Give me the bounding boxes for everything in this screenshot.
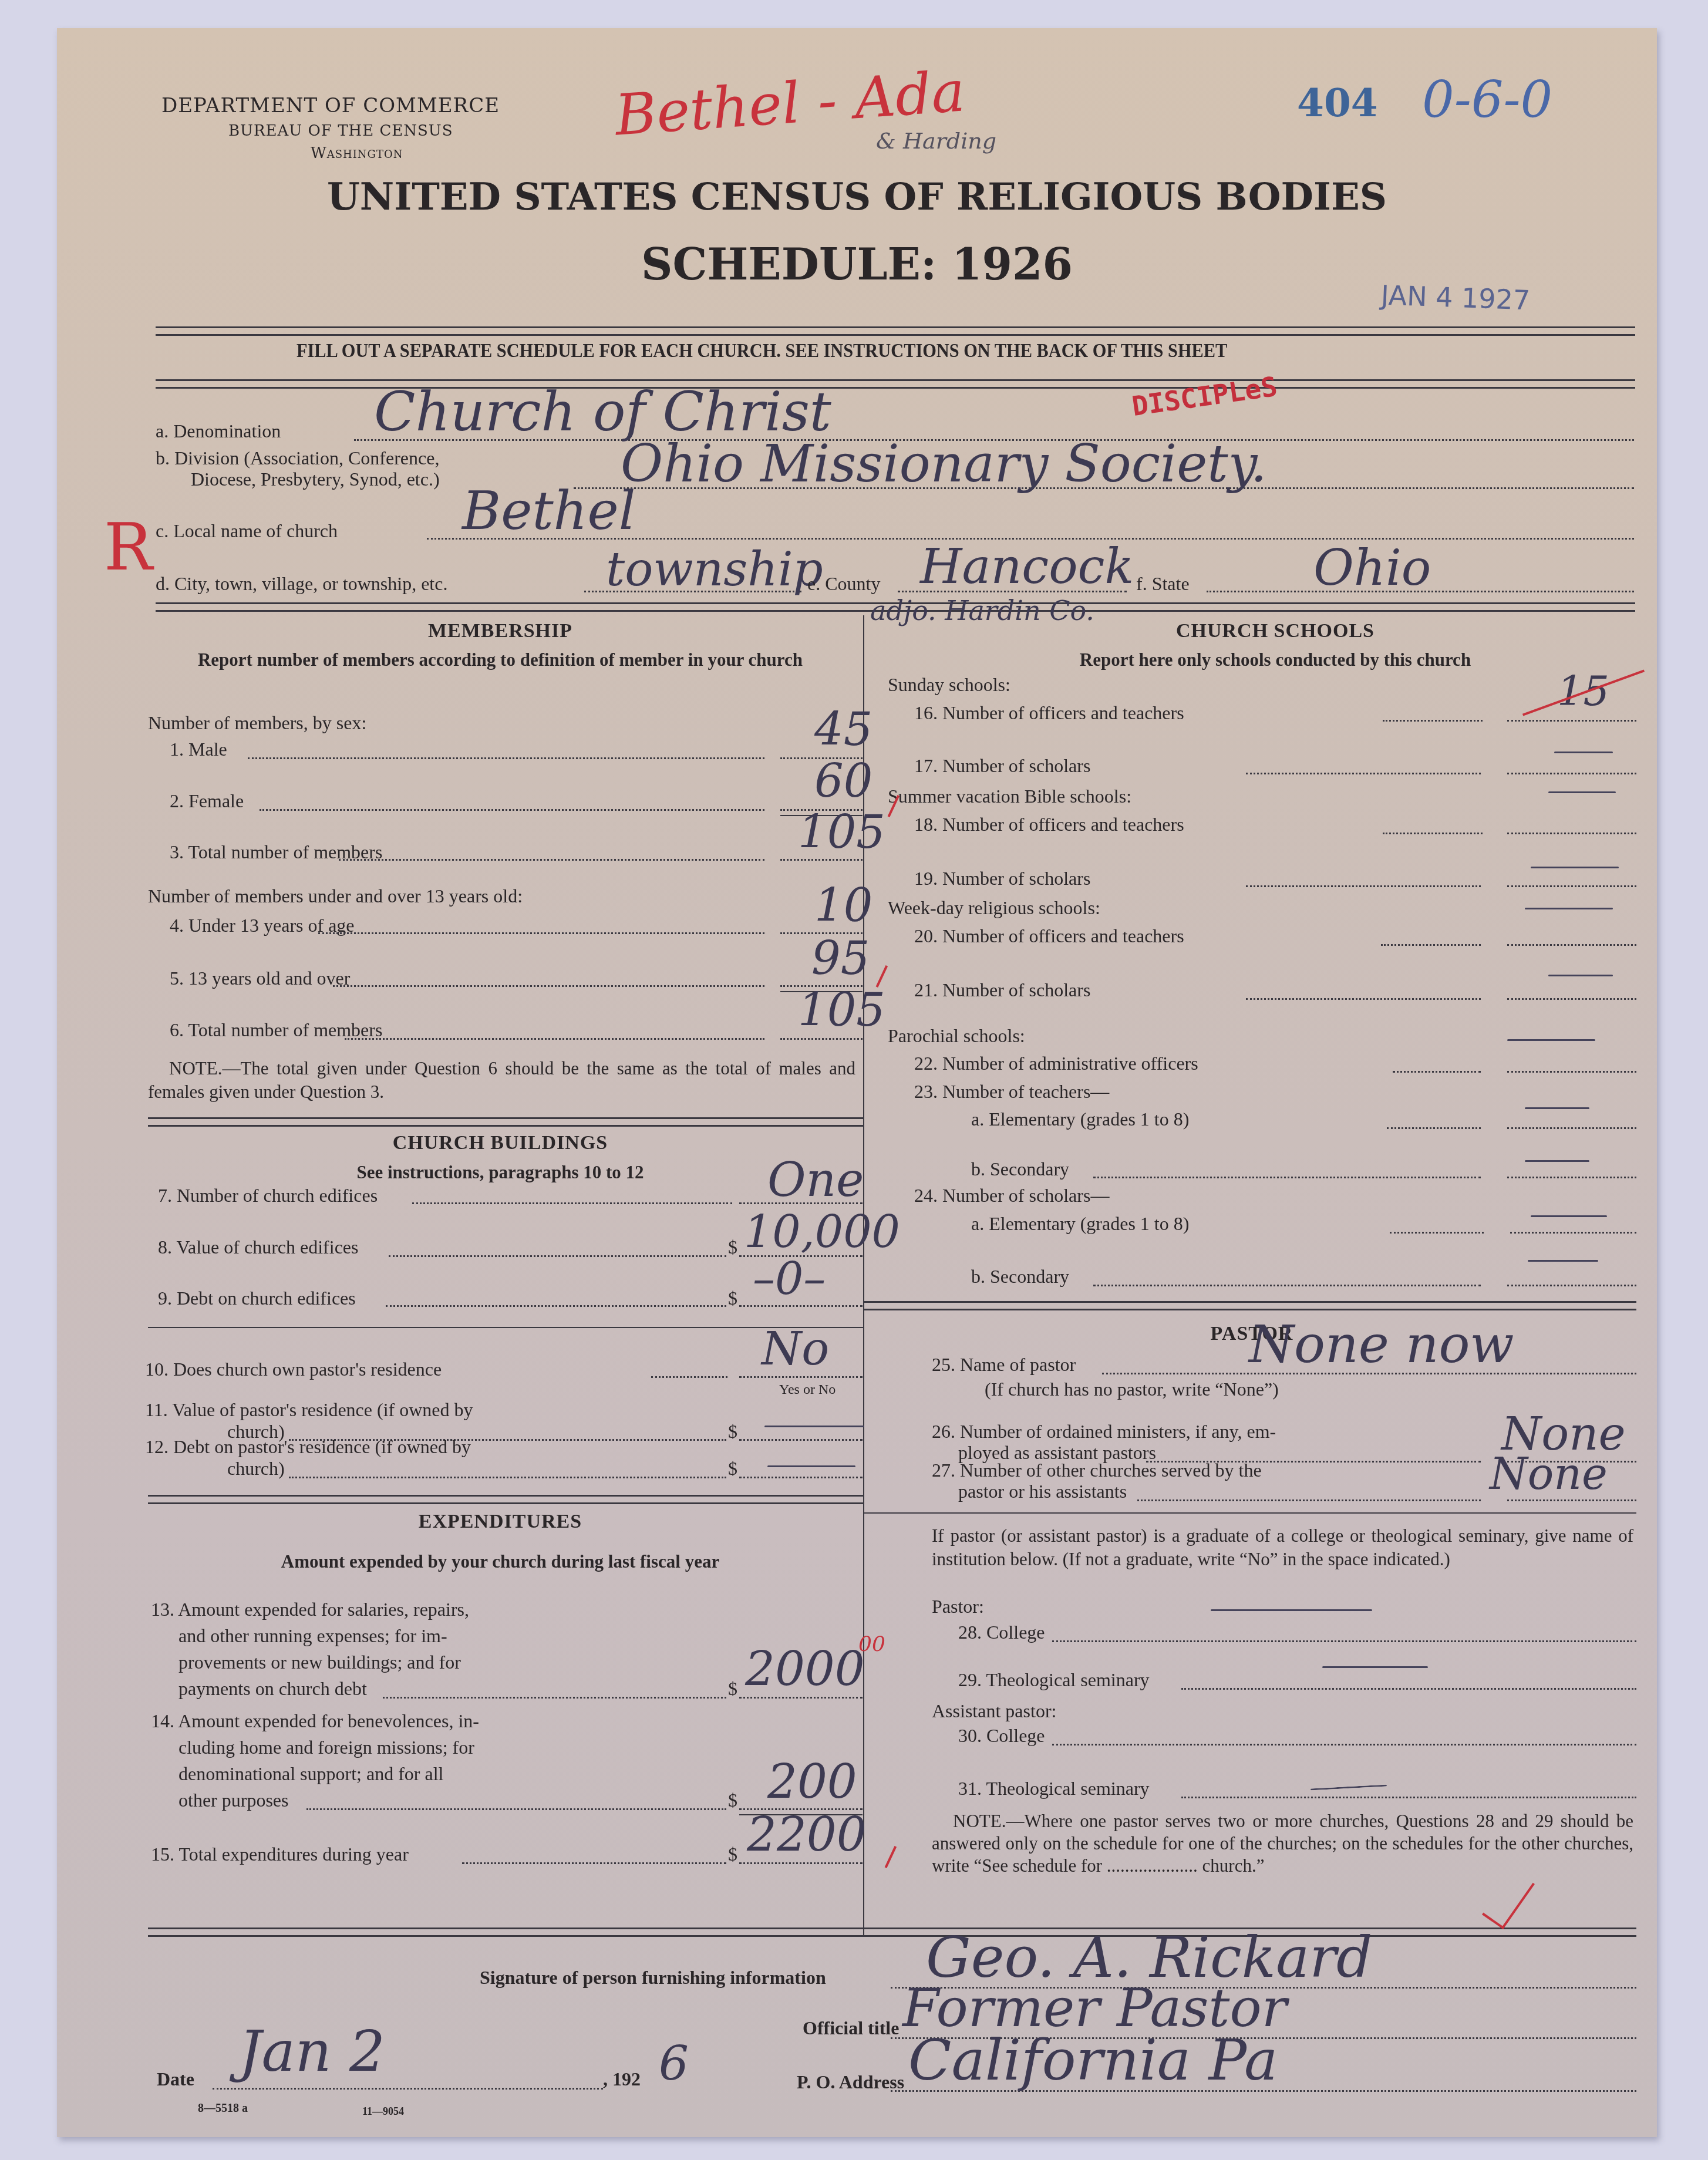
form-number: 8—5518 a [198, 2102, 248, 2115]
male-leader [248, 757, 764, 759]
total-6-leader [345, 1038, 764, 1040]
by-age-label: Number of members under and over 13 year… [148, 885, 523, 907]
q28-label: 28. College [958, 1622, 1045, 1643]
date-label: Date [157, 2068, 194, 2090]
pastor-education-heading: Pastor: [932, 1596, 984, 1618]
total-members-3-field[interactable]: 105 [798, 806, 885, 859]
q24a-line [1510, 1232, 1636, 1234]
local-name-field[interactable]: Bethel [462, 480, 636, 542]
owns-residence-line [739, 1376, 863, 1378]
q13-line-2: and other running expenses; for im- [178, 1625, 447, 1647]
edifices-value-dollar: $ [728, 1236, 737, 1258]
sunday-schools-heading: Sunday schools: [888, 674, 1010, 696]
q18-leader [1383, 833, 1483, 834]
q15-total-field[interactable]: 2200 [747, 1807, 867, 1862]
q20-label: 20. Number of officers and teachers [914, 925, 1184, 947]
edifices-debt-dollar: $ [728, 1288, 737, 1309]
total-3-line [780, 859, 863, 861]
expenditures-title: EXPENDITURES [139, 1511, 861, 1533]
expenditures-subtitle: Amount expended by your church during la… [139, 1548, 861, 1576]
q23b-field[interactable] [1525, 1160, 1589, 1162]
q21-field[interactable] [1548, 975, 1613, 976]
q22-label: 22. Number of administrative officers [914, 1053, 1198, 1074]
q27-line [1507, 1499, 1636, 1501]
church-schools-title: CHURCH SCHOOLS [867, 620, 1636, 642]
q23a-label: a. Elementary (grades 1 to 8) [971, 1108, 1189, 1130]
owns-residence-field[interactable]: No [762, 1323, 829, 1376]
q16-leader [1383, 720, 1483, 722]
q17-label: 17. Number of scholars [914, 755, 1090, 777]
disciples-stamp: DISCIPLeS [1130, 370, 1279, 422]
county-field[interactable]: Hancock [920, 539, 1134, 595]
date-field[interactable]: Jan 2 [239, 2019, 385, 2084]
q23b-label: b. Secondary [971, 1158, 1069, 1180]
document-title: UNITED STATES CENSUS OF RELIGIOUS BODIES [57, 175, 1657, 219]
edifices-debt-leader [386, 1305, 726, 1307]
county-label: e. County [807, 573, 880, 595]
edifices-debt-field[interactable]: –0– [753, 1252, 826, 1305]
q18-line [1507, 833, 1636, 834]
q14-line-4: other purposes [178, 1790, 289, 1811]
q20-field[interactable] [1525, 908, 1613, 909]
official-title-label: Official title [803, 2017, 899, 2039]
top-pencil-annotation: & Harding [876, 128, 996, 154]
yes-or-no-hint: Yes or No [779, 1382, 836, 1398]
year-prefix: , 192 [603, 2068, 641, 2090]
q22-line [1507, 1071, 1636, 1073]
edifices-count-field[interactable]: One [767, 1153, 864, 1207]
q23b-line [1507, 1177, 1636, 1178]
q24a-label: a. Elementary (grades 1 to 8) [971, 1213, 1189, 1235]
residence-value-line [739, 1439, 863, 1441]
q22-field[interactable] [1507, 1039, 1595, 1041]
total-members-6-field[interactable]: 105 [798, 984, 885, 1037]
total-3-leader [339, 859, 764, 861]
membership-title: MEMBERSHIP [139, 620, 861, 642]
q18-label: 18. Number of officers and teachers [914, 814, 1184, 835]
state-label: f. State [1136, 573, 1190, 595]
q29-label: 29. Theological seminary [958, 1669, 1150, 1691]
q24b-line [1507, 1285, 1636, 1286]
q20-leader [1381, 944, 1481, 946]
q15-line [739, 1862, 863, 1864]
division-label-2: Diocese, Presbytery, Synod, etc.) [191, 469, 440, 490]
edifices-count-label: 7. Number of church edifices [158, 1185, 378, 1207]
q17-line [1507, 773, 1636, 774]
parochial-schools-heading: Parochial schools: [888, 1025, 1025, 1047]
q14-leader [306, 1808, 726, 1810]
over-13-label: 5. 13 years old and over [170, 968, 350, 989]
vacation-schools-heading: Summer vacation Bible schools: [888, 786, 1131, 807]
membership-subtitle: Report number of members according to de… [174, 646, 826, 674]
q28-college-field[interactable] [1211, 1609, 1372, 1611]
church-schools-subtitle: Report here only schools conducted by th… [867, 646, 1636, 674]
q25-hint: (If church has no pastor, write “None”) [985, 1379, 1279, 1400]
edifices-debt-label: 9. Debt on church edifices [158, 1288, 356, 1309]
q15-dollar: $ [728, 1844, 737, 1865]
q13-line-3: provements or new buildings; and for [178, 1652, 461, 1673]
q27-label-2: pastor or his assistants [958, 1481, 1127, 1502]
female-label: 2. Female [170, 790, 244, 812]
pastor-divider [863, 1512, 1636, 1514]
date-line [213, 2088, 603, 2090]
code-handwritten: 0-6-0 [1422, 70, 1552, 129]
bureau-heading: BUREAU OF THE CENSUS [228, 122, 453, 140]
red-check-icon [1482, 1869, 1535, 1929]
owns-residence-label: 10. Does church own pastor's residence [145, 1359, 442, 1380]
q19-line [1507, 885, 1636, 887]
q14-line-2: cluding home and foreign missions; for [178, 1737, 474, 1758]
assistant-education-heading: Assistant pastor: [932, 1700, 1056, 1722]
q21-leader [1246, 998, 1481, 1000]
state-field[interactable]: Ohio [1313, 539, 1431, 597]
church-buildings-title: CHURCH BUILDINGS [139, 1132, 861, 1154]
po-address-field[interactable]: California Pa [908, 2027, 1278, 2093]
q24-label: 24. Number of scholars— [914, 1185, 1109, 1207]
q24b-leader [1093, 1285, 1481, 1286]
code-stamp: 404 [1297, 80, 1378, 126]
church-buildings-subtitle: See instructions, paragraphs 10 to 12 [139, 1158, 861, 1187]
q24a-field[interactable] [1531, 1215, 1607, 1217]
residence-debt-leader [289, 1477, 726, 1478]
q19-label: 19. Number of scholars [914, 868, 1090, 889]
over-13-leader [333, 985, 764, 987]
q13-red-mark: 00 [858, 1632, 885, 1656]
q31-seminary-field[interactable] [1311, 1785, 1387, 1791]
po-address-label: P. O. Address [797, 2071, 904, 2093]
buildings-divider [148, 1327, 863, 1328]
female-count-field[interactable]: 60 [814, 755, 872, 808]
q15-label: 15. Total expenditures during year [151, 1844, 409, 1865]
q13-amount-field[interactable]: 2000 [745, 1642, 865, 1696]
edifices-value-label: 8. Value of church edifices [158, 1236, 359, 1258]
q14-amount-field[interactable]: 200 [767, 1754, 857, 1809]
q30-line [1052, 1744, 1636, 1745]
q25-pastor-name-field[interactable]: None now [1249, 1314, 1514, 1374]
under-13-leader [318, 932, 764, 934]
q23b-leader [1093, 1177, 1481, 1178]
red-check-icon [872, 1840, 897, 1868]
q17-leader [1246, 773, 1481, 774]
edifices-debt-line [739, 1305, 863, 1307]
signature-divider [148, 1928, 1636, 1937]
q19-field[interactable] [1531, 867, 1619, 868]
owns-residence-leader [651, 1376, 727, 1378]
q13-line [739, 1697, 863, 1699]
residence-value-label-1: 11. Value of pastor's residence (if owne… [145, 1399, 473, 1421]
q23-label: 23. Number of teachers— [914, 1081, 1109, 1103]
q13-dollar: $ [728, 1678, 737, 1700]
male-label: 1. Male [170, 739, 227, 760]
by-sex-label: Number of members, by sex: [148, 712, 366, 734]
instructions-banner: FILL OUT A SEPARATE SCHEDULE FOR EACH CH… [297, 341, 1227, 362]
q25-label: 25. Name of pastor [932, 1354, 1076, 1376]
q17-field[interactable] [1554, 752, 1613, 753]
residence-debt-dollar: $ [728, 1458, 737, 1480]
margin-r-mark: R [104, 510, 153, 585]
header-divider [156, 326, 1635, 336]
q16-label: 16. Number of officers and teachers [914, 702, 1184, 724]
residence-debt-label-2: church) [227, 1458, 285, 1480]
department-heading: DEPARTMENT OF COMMERCE [161, 94, 500, 117]
residence-value-dollar: $ [728, 1421, 737, 1443]
residence-value-field[interactable] [764, 1426, 864, 1427]
year-field[interactable]: 6 [659, 2036, 689, 2091]
q31-label: 31. Theological seminary [958, 1778, 1150, 1800]
print-number: 11—9054 [362, 2105, 404, 2118]
q24b-label: b. Secondary [971, 1266, 1069, 1288]
q14-line-3: denominational support; and for all [178, 1763, 443, 1785]
q13-line-4: payments on church debt [178, 1678, 367, 1700]
q26-label-1: 26. Number of ordained ministers, if any… [932, 1421, 1276, 1443]
q27-leader [1137, 1499, 1481, 1501]
q28-line [1052, 1640, 1636, 1642]
male-count-field[interactable]: 45 [814, 703, 872, 756]
schools-divider [863, 1301, 1636, 1310]
graduate-note: If pastor (or assistant pastor) is a gra… [932, 1524, 1633, 1571]
residence-debt-label-1: 12. Debt on pastor's residence (if owned… [145, 1436, 471, 1458]
edifices-value-leader [389, 1255, 726, 1257]
q27-field[interactable]: None [1490, 1449, 1608, 1499]
division-label-1: b. Division (Association, Conference, [156, 447, 439, 469]
q31-line [1181, 1797, 1636, 1798]
city-field[interactable]: township [606, 542, 823, 597]
local-name-label: c. Local name of church [156, 520, 338, 542]
received-date-stamp: JAN 4 1927 [1380, 279, 1531, 316]
residence-debt-field[interactable] [767, 1465, 855, 1467]
buildings-end-divider [148, 1495, 863, 1504]
census-schedule-sheet: DEPARTMENT OF COMMERCE BUREAU OF THE CEN… [57, 28, 1657, 2137]
division-field[interactable]: Ohio Missionary Society. [621, 433, 1267, 494]
female-leader [260, 809, 764, 811]
q22-leader [1393, 1071, 1481, 1073]
edifices-value-field[interactable]: 10,000 [744, 1205, 900, 1258]
q27-label-1: 27. Number of other churches served by t… [932, 1460, 1262, 1481]
q16-line [1507, 720, 1636, 722]
q14-dollar: $ [728, 1790, 737, 1811]
q14-line-1: 14. Amount expended for benevolences, in… [151, 1710, 479, 1732]
weekday-schools-heading: Week-day religious schools: [888, 897, 1100, 919]
q23a-leader [1387, 1127, 1481, 1129]
q30-label: 30. College [958, 1725, 1045, 1747]
city-heading: Washington [311, 144, 403, 162]
q21-label: 21. Number of scholars [914, 979, 1090, 1001]
city-label: d. City, town, village, or township, etc… [156, 573, 447, 595]
q23a-line [1507, 1127, 1636, 1129]
q21-line [1507, 998, 1636, 1000]
q15-leader [462, 1862, 726, 1864]
q29-line [1181, 1688, 1636, 1690]
q24a-leader [1390, 1232, 1484, 1234]
q29-seminary-field[interactable] [1322, 1666, 1428, 1668]
multi-church-note: NOTE.—Where one pastor serves two or mor… [932, 1810, 1633, 1877]
q18-field[interactable] [1548, 791, 1616, 793]
membership-divider [148, 1117, 863, 1127]
membership-note: NOTE.—The total given under Question 6 s… [148, 1057, 855, 1104]
signature-label: Signature of person furnishing informati… [480, 1967, 826, 1989]
under-13-field[interactable]: 10 [814, 879, 872, 932]
denomination-label: a. Denomination [156, 420, 281, 442]
total-6-line [780, 1038, 863, 1040]
q19-leader [1246, 885, 1481, 887]
edifices-count-leader [412, 1202, 732, 1204]
over-13-field[interactable]: 95 [811, 932, 870, 985]
q20-line [1507, 944, 1636, 946]
q13-leader [383, 1697, 726, 1699]
q24b-field[interactable] [1528, 1260, 1598, 1262]
q13-line-1: 13. Amount expended for salaries, repair… [151, 1599, 469, 1620]
q23a-field[interactable] [1525, 1107, 1589, 1109]
residence-debt-line [739, 1477, 863, 1478]
